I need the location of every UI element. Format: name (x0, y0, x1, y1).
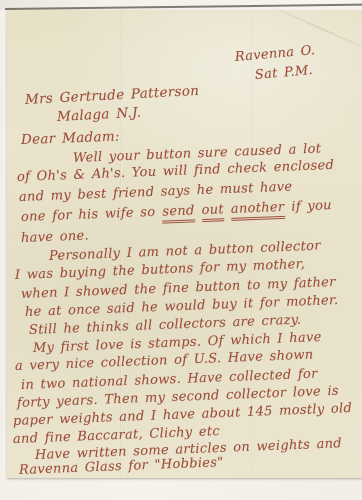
body-line: have one. (21, 228, 90, 246)
recipient-address: Malaga N.J. (57, 105, 142, 125)
fold-crease-vertical-left (120, 10, 123, 478)
place-line: Ravenna O. (234, 43, 316, 65)
scan-background-bottom (0, 477, 362, 500)
emphasis-post: if you (291, 198, 332, 215)
underlined-word-another: another (231, 200, 285, 221)
emphasis-pre: one for his wife so (21, 205, 156, 225)
salutation: Dear Madam: (21, 129, 120, 148)
underlined-word-out: out (201, 202, 224, 222)
letter-photo: Ravenna O. Sat P.M. Mrs Gertrude Patters… (0, 0, 362, 500)
recipient-name: Mrs Gertrude Patterson (25, 83, 200, 108)
underlined-word-send: send (162, 203, 195, 223)
date-line: Sat P.M. (254, 63, 313, 83)
letter-paper: Ravenna O. Sat P.M. Mrs Gertrude Patters… (7, 10, 362, 478)
